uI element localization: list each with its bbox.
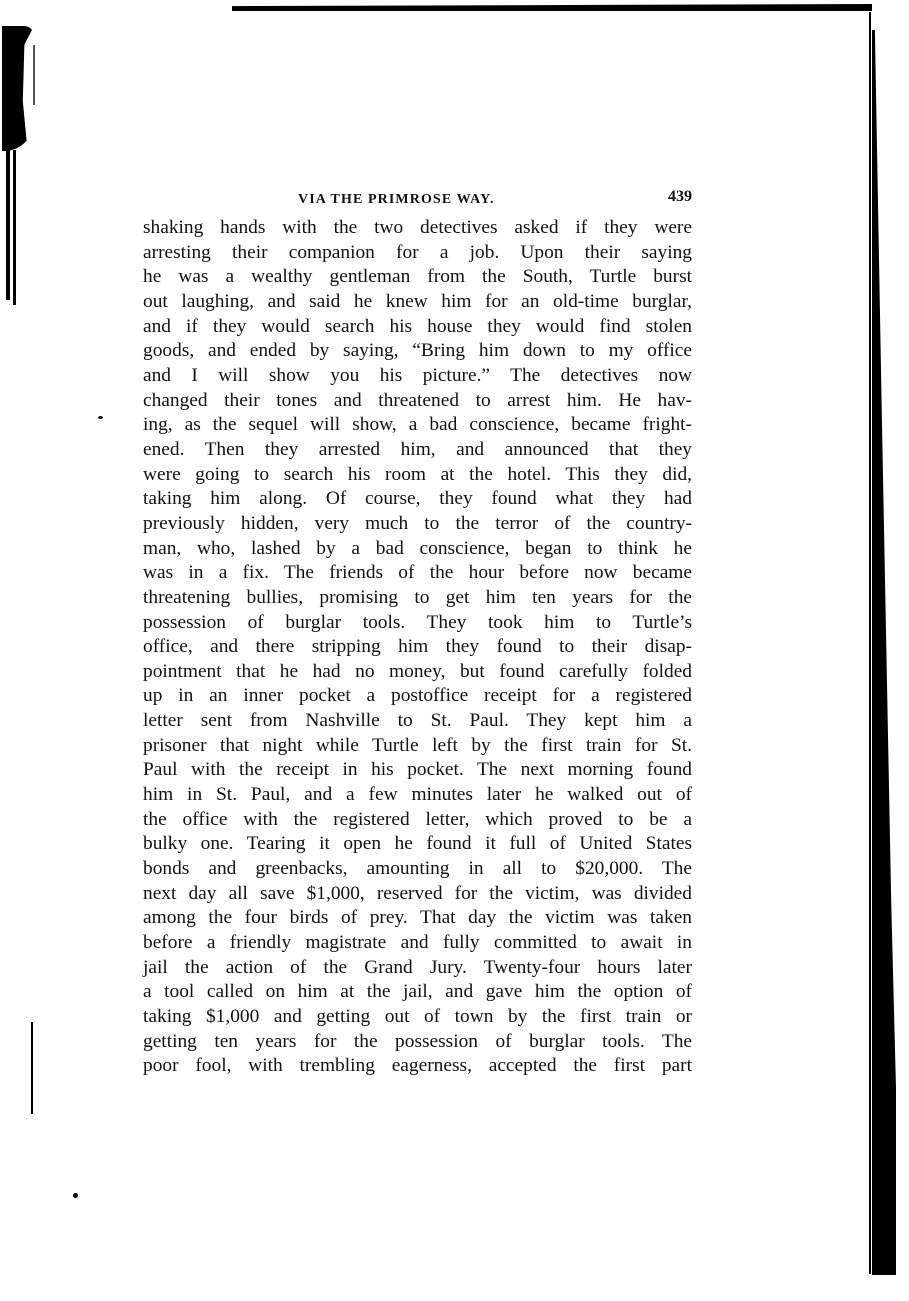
scan-edge-stripe-left-2 [13,150,16,305]
text-line: a tool called on him at the jail, and ga… [143,980,692,1005]
text-line: up in an inner pocket a postoffice recei… [143,684,692,709]
scan-speck-dot [98,416,103,419]
text-line: ened. Then they arrested him, and announ… [143,438,692,463]
text-line: letter sent from Nashville to St. Paul. … [143,709,692,734]
text-line: Paul with the receipt in his pocket. The… [143,758,692,783]
scan-edge-shadow-left [2,26,34,151]
text-line: taking him along. Of course, they found … [143,487,692,512]
scan-edge-line-right [869,12,871,1274]
book-page: VIA THE PRIMROSE WAY. 439 shaking hands … [143,186,694,1079]
margin-mark-line [31,1022,33,1114]
scan-edge-shadow-top [232,4,872,11]
text-line: poor fool, with trembling eagerness, acc… [143,1054,692,1079]
running-head: VIA THE PRIMROSE WAY. 439 [143,186,694,216]
text-line: threatening bullies, promising to get hi… [143,586,692,611]
text-line: was in a fix. The friends of the hour be… [143,561,692,586]
text-line: the office with the registered letter, w… [143,808,692,833]
text-line: changed their tones and threatened to ar… [143,389,692,414]
text-line: and I will show you his picture.” The de… [143,364,692,389]
text-line: taking $1,000 and getting out of town by… [143,1005,692,1030]
scan-edge-stripe-left [6,150,10,300]
text-line: getting ten years for the possession of … [143,1030,692,1055]
body-paragraph: shaking hands with the two detectives as… [143,216,694,1079]
scan-edge-shadow-right [872,30,896,1275]
text-line: among the four birds of prey. That day t… [143,906,692,931]
page-number: 439 [668,188,692,206]
text-line: jail the action of the Grand Jury. Twent… [143,956,692,981]
text-line: pointment that he had no money, but foun… [143,660,692,685]
text-line: possession of burglar tools. They took h… [143,611,692,636]
text-line: out laughing, and said he knew him for a… [143,290,692,315]
text-line: shaking hands with the two detectives as… [143,216,692,241]
text-line: ing, as the sequel will show, a bad cons… [143,413,692,438]
text-line: next day all save $1,000, reserved for t… [143,882,692,907]
text-line: arresting their companion for a job. Upo… [143,241,692,266]
text-line: him in St. Paul, and a few minutes later… [143,783,692,808]
text-line: goods, and ended by saying, “Bring him d… [143,339,692,364]
text-line: previously hidden, very much to the terr… [143,512,692,537]
running-title: VIA THE PRIMROSE WAY. [298,192,495,208]
scan-speck-dot [73,1193,78,1198]
text-line: man, who, lashed by a bad conscience, be… [143,537,692,562]
text-line: before a friendly magistrate and fully c… [143,931,692,956]
text-line: prisoner that night while Turtle left by… [143,734,692,759]
text-line: bulky one. Tearing it open he found it f… [143,832,692,857]
text-line: and if they would search his house they … [143,315,692,340]
scan-speck [33,45,35,105]
text-line: he was a wealthy gentleman from the Sout… [143,265,692,290]
text-line: office, and there stripping him they fou… [143,635,692,660]
text-line: bonds and greenbacks, amounting in all t… [143,857,692,882]
text-line: were going to search his room at the hot… [143,463,692,488]
